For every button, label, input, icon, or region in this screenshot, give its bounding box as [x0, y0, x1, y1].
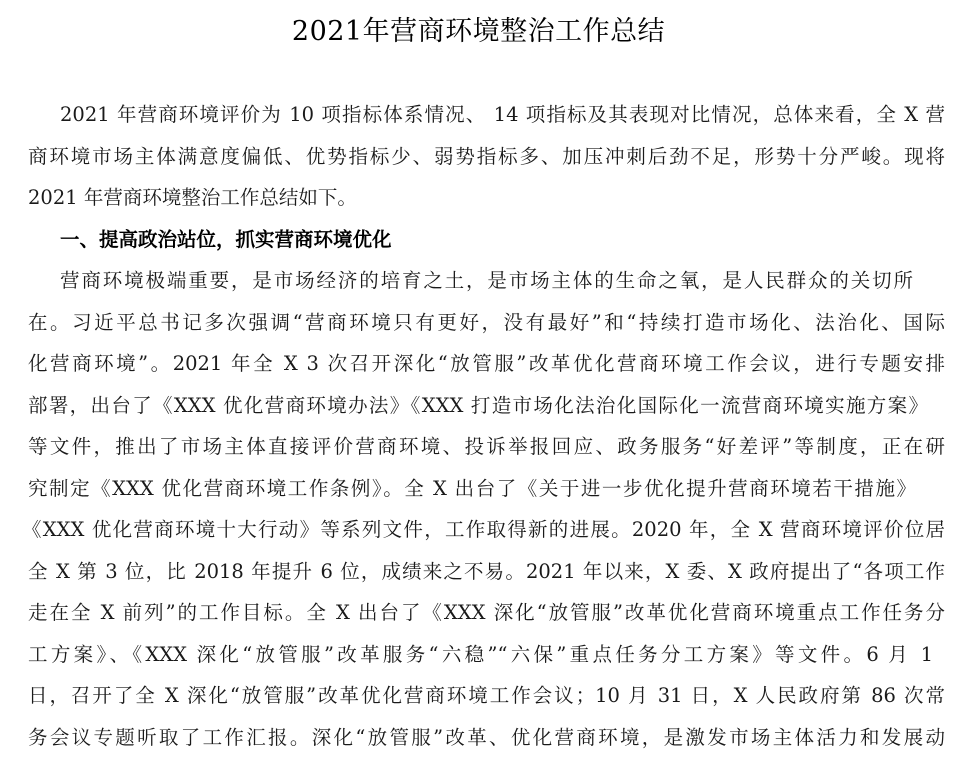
- section-1-line-7: 《XXX 优化营商环境十大行动》等系列文件，工作取得新的进展。2020 年，全 …: [22, 515, 945, 545]
- section-1-line-3: 化营商环境”。2021 年全 X 3 次召开深化“放管服”改革优化营商环境工作会…: [28, 349, 945, 379]
- section-1-line-2: 在。习近平总书记多次强调“营商环境只有更好，没有最好”和“持续打造市场化、法治化…: [28, 308, 945, 338]
- section-1-line-10: 工方案》、《XXX 深化“放管服”改革服务“六稳”“六保”重点任务分工方案》等文…: [28, 640, 933, 670]
- intro-line-3: 2021 年营商环境整治工作总结如下。: [28, 183, 945, 213]
- section-1-line-4: 部署，出台了《XXX 优化营商环境办法》《XXX 打造市场化法治化国际化一流营商…: [28, 391, 928, 421]
- section-1-heading: 一、提高政治站位，抓实营商环境优化: [60, 225, 392, 255]
- section-1-line-1: 营商环境极端重要，是市场经济的培育之土，是市场主体的生命之氧，是人民群众的关切所: [60, 266, 913, 296]
- section-1-line-6: 究制定《XXX 优化营商环境工作条例》。全 X 出台了《关于进一步优化提升营商环…: [28, 474, 916, 504]
- section-1-line-5: 等文件，推出了市场主体直接评价营商环境、投诉举报回应、政务服务“好差评”等制度，…: [28, 432, 945, 462]
- intro-line-1: 2021 年营商环境评价为 10 项指标体系情况、 14 项指标及其表现对比情况…: [60, 100, 945, 130]
- section-1-line-9: 走在全 X 前列”的工作目标。全 X 出台了《XXX 深化“放管服”改革优化营商…: [28, 598, 945, 628]
- intro-line-2: 商环境市场主体满意度偏低、优势指标少、弱势指标多、加压冲刺后劲不足，形势十分严峻…: [28, 142, 945, 172]
- document-page: 2021年营商环境整治工作总结 2021 年营商环境评价为 10 项指标体系情况…: [0, 0, 957, 759]
- section-1-line-8: 全 X 第 3 位，比 2018 年提升 6 位，成绩来之不易。2021 年以来…: [28, 557, 945, 587]
- section-1-line-12: 务会议专题听取了工作汇报。深化“放管服”改革、优化营商环境，是激发市场主体活力和…: [28, 723, 945, 753]
- section-1-line-11: 日，召开了全 X 深化“放管服”改革优化营商环境工作会议；10 月 31 日，X…: [28, 681, 945, 711]
- document-title: 2021年营商环境整治工作总结: [0, 12, 957, 52]
